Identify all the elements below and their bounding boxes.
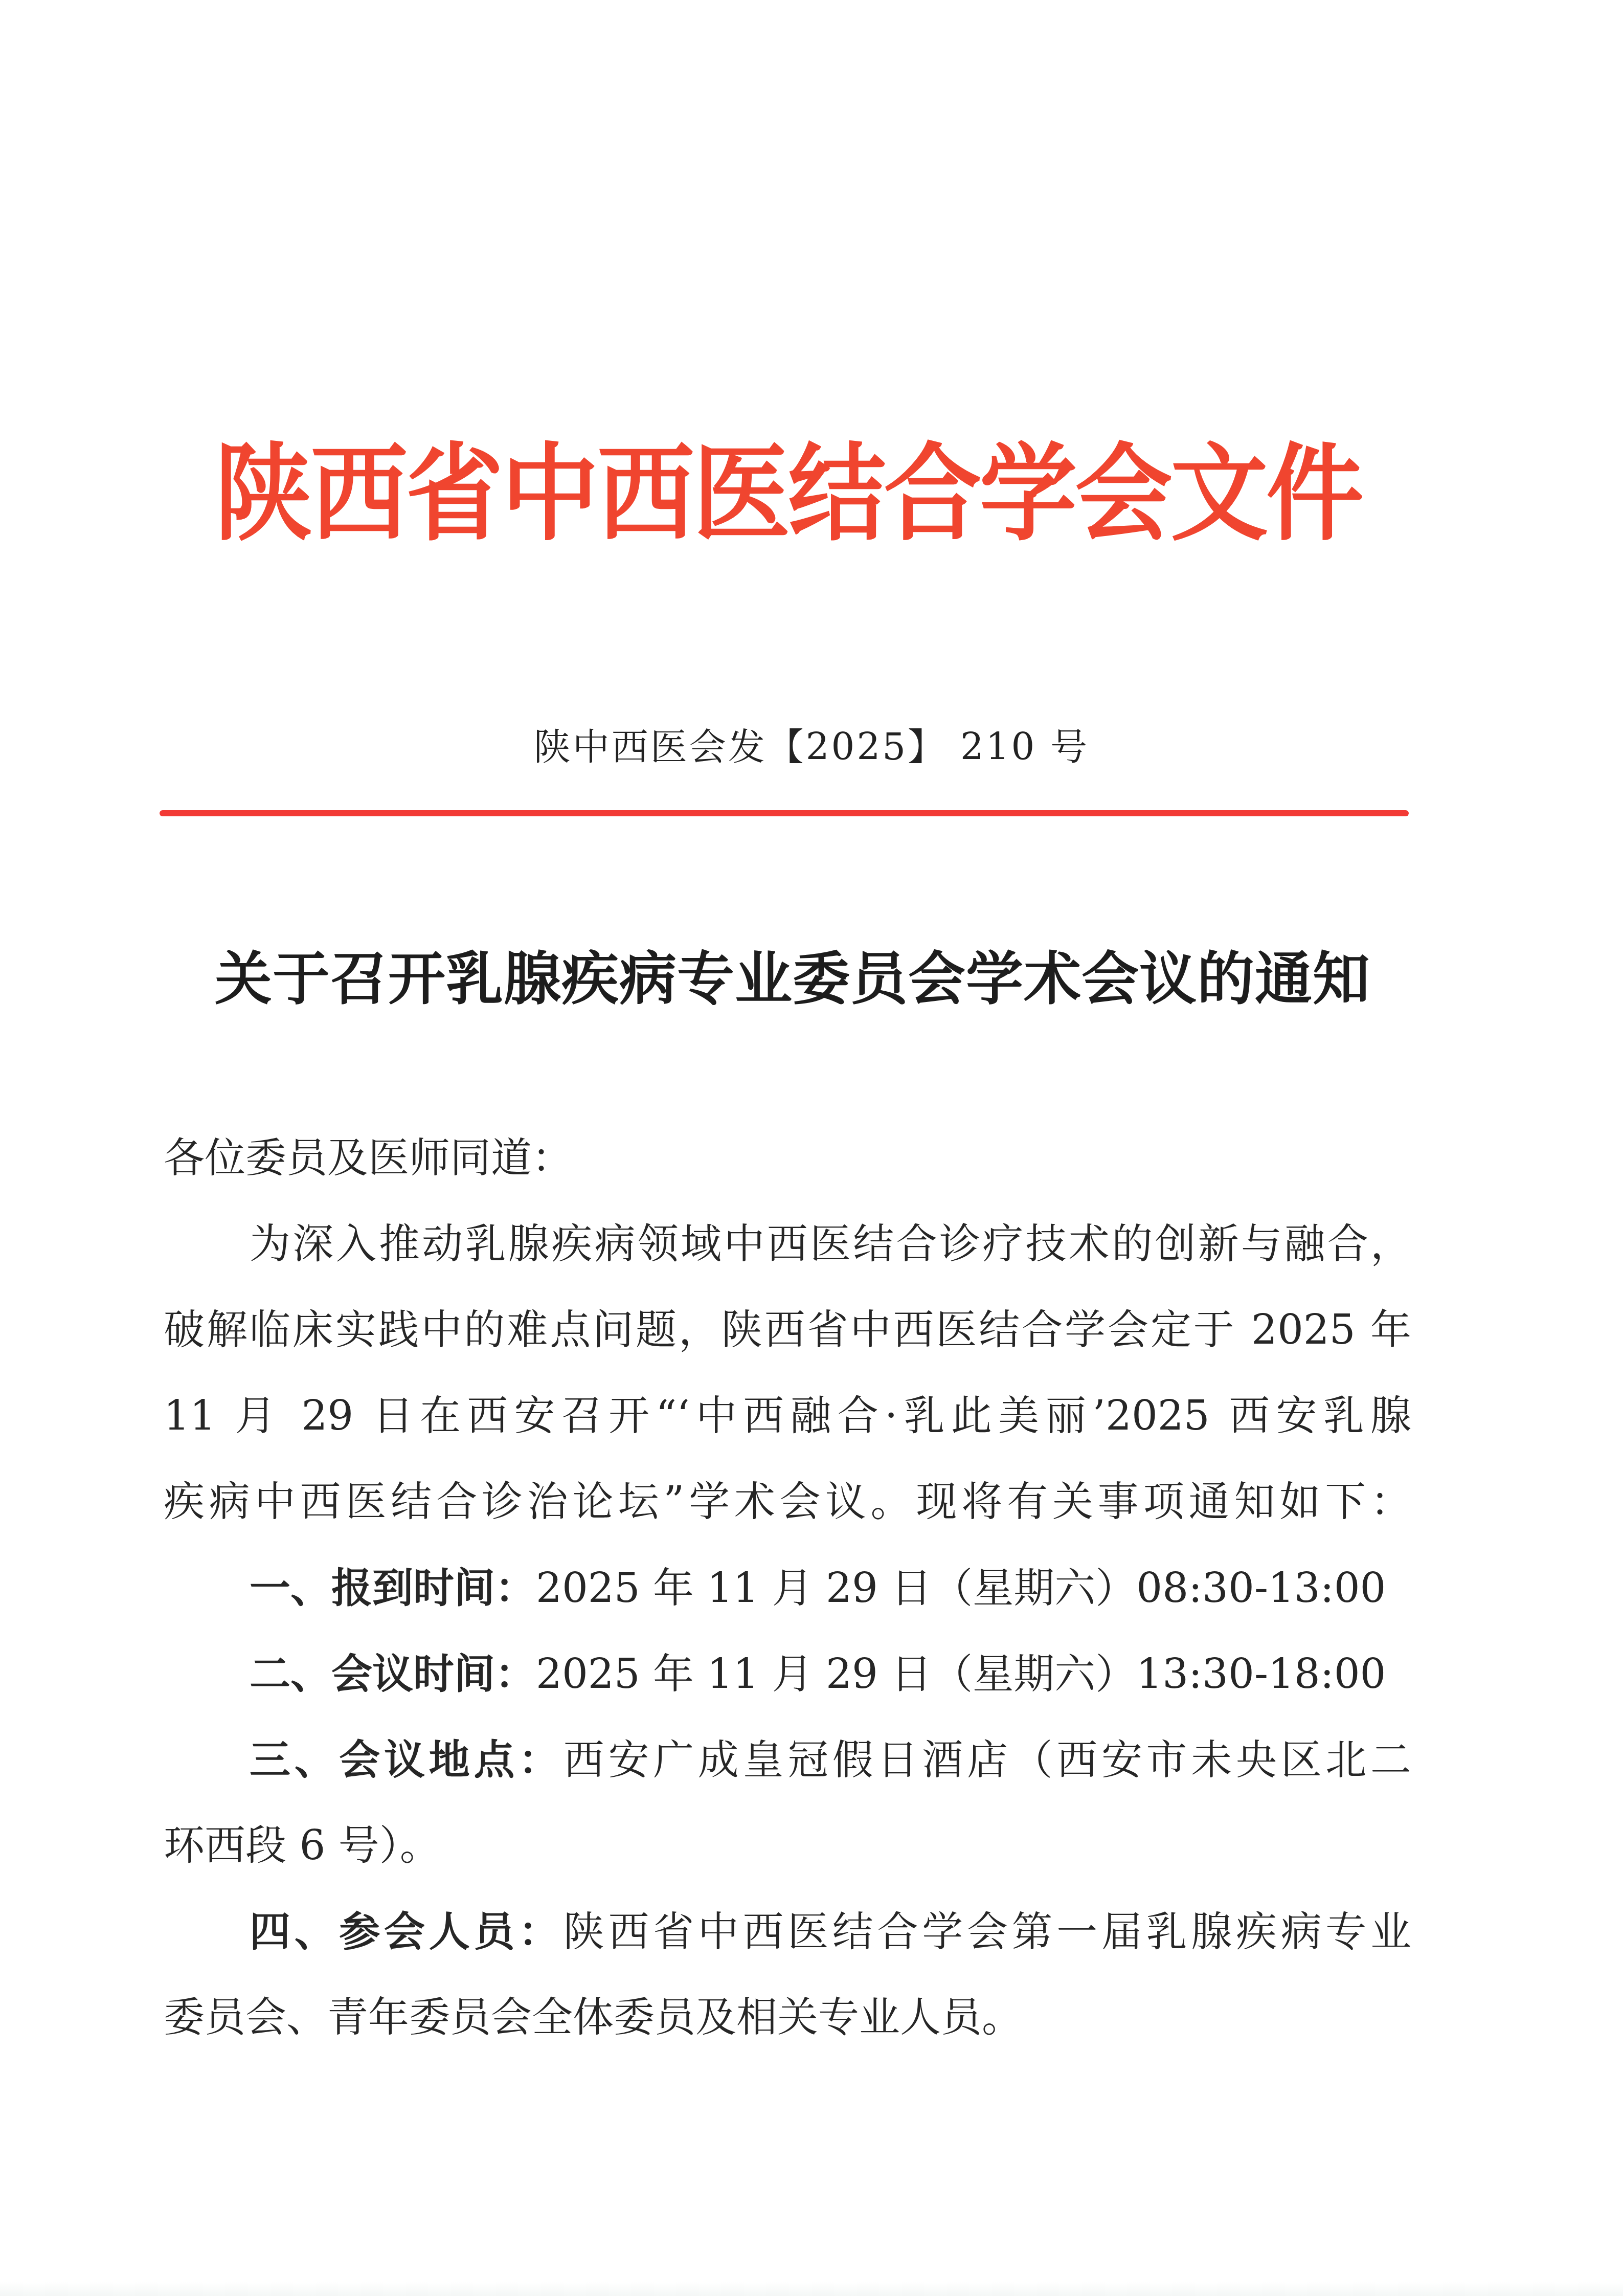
item-value: 西安广成皇冠假日酒店（西安市未央区北二: [563, 1736, 1411, 1784]
item-value: 2025 年 11 月 29 日（星期六）08:30-13:00: [536, 1564, 1386, 1612]
intro-paragraph-line: 为深入推动乳腺疾病领域中西医结合诊疗技术的创新与融合，: [164, 1201, 1411, 1287]
item-attendees-continuation: 委员会、青年委员会全体委员及相关专业人员。: [164, 1974, 1411, 2060]
item-label: 一、报到时间：: [250, 1564, 536, 1612]
document-page: 陕西省中西医结合学会文件 陕中西医会发【2025】 210 号 关于召开乳腺疾病…: [0, 0, 1623, 2296]
item-meeting-time: 二、会议时间：2025 年 11 月 29 日（星期六）13:30-18:00: [164, 1631, 1411, 1717]
document-number-prefix: 陕中西医会发: [534, 721, 767, 772]
item-value: 陕西省中西医结合学会第一届乳腺疾病专业: [563, 1908, 1411, 1955]
intro-paragraph-line: 破解临床实践中的难点问题，陕西省中西医结合学会定于 2025 年: [164, 1287, 1411, 1373]
scan-bottom-edge: [0, 2282, 1623, 2296]
organization-header-title: 陕西省中西医结合学会文件: [215, 432, 1275, 555]
intro-paragraph-line: 11 月 29 日在西安召开“‘中西融合·乳此美丽’2025 西安乳腺: [164, 1373, 1411, 1459]
notice-body: 各位委员及医师同道： 为深入推动乳腺疾病领域中西医结合诊疗技术的创新与融合， 破…: [164, 1115, 1411, 2060]
document-number-serial: 210 号: [960, 721, 1089, 772]
item-label: 四、参会人员：: [250, 1907, 563, 1955]
red-header-divider: [160, 810, 1409, 816]
item-label: 二、会议时间：: [250, 1649, 536, 1698]
item-attendees: 四、参会人员：陕西省中西医结合学会第一届乳腺疾病专业: [164, 1888, 1411, 1974]
document-number-year: 【2025】: [767, 721, 946, 772]
notice-title: 关于召开乳腺疾病专业委员会学术会议的通知: [174, 946, 1411, 1013]
document-number: 陕中西医会发【2025】 210 号: [0, 721, 1623, 772]
item-label: 三、会议地点：: [250, 1735, 563, 1784]
item-meeting-location-continuation: 环西段 6 号）。: [164, 1802, 1411, 1888]
item-meeting-location: 三、会议地点：西安广成皇冠假日酒店（西安市未央区北二: [164, 1717, 1411, 1802]
intro-paragraph-line: 疾病中西医结合诊治论坛”学术会议。现将有关事项通知如下：: [164, 1459, 1411, 1545]
item-value: 2025 年 11 月 29 日（星期六）13:30-18:00: [536, 1650, 1386, 1698]
item-registration-time: 一、报到时间：2025 年 11 月 29 日（星期六）08:30-13:00: [164, 1545, 1411, 1631]
salutation: 各位委员及医师同道：: [164, 1115, 1411, 1201]
